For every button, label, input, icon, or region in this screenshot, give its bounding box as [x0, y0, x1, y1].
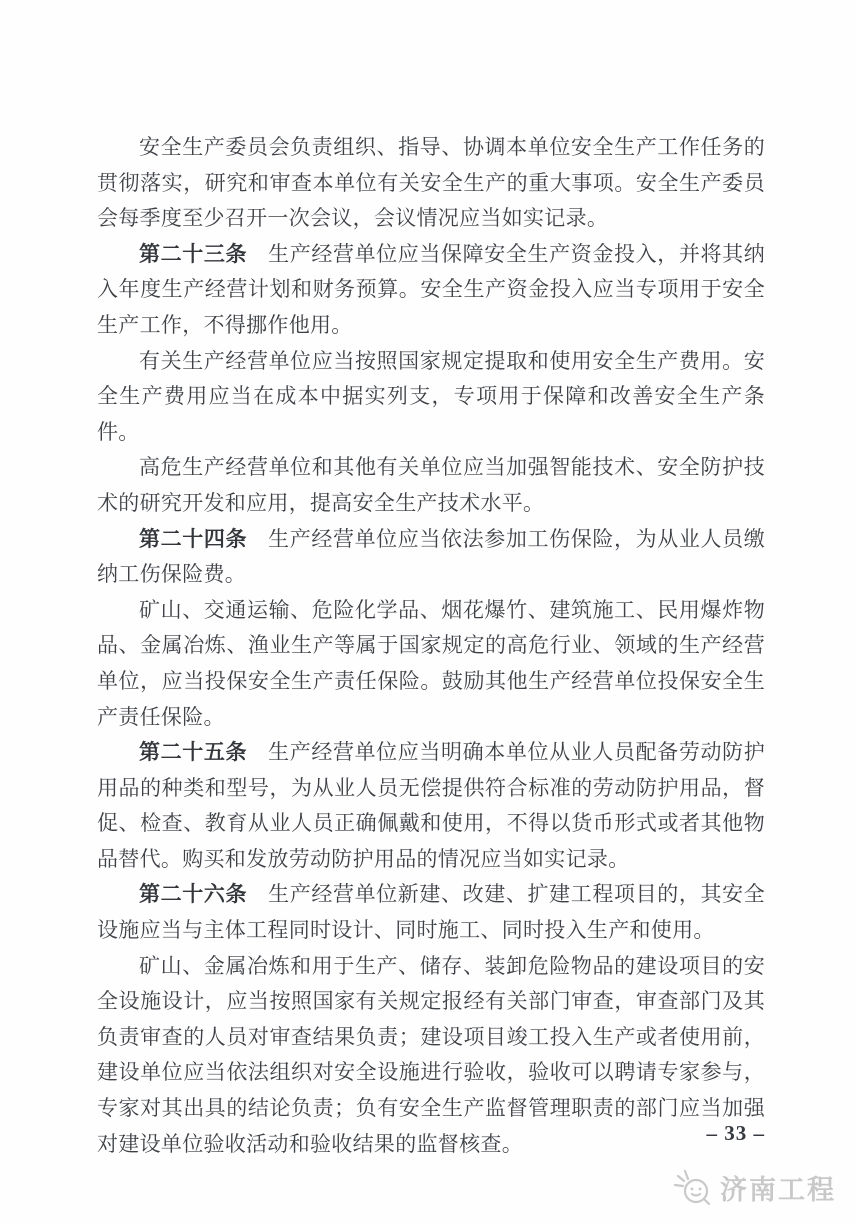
document-body: 安全生产委员会负责组织、指导、协调本单位安全生产工作任务的贯彻落实，研究和审查本…	[97, 130, 765, 1162]
watermark-label: 济南工程	[720, 1168, 836, 1207]
body-paragraph: 高危生产经营单位和其他有关单位应当加强智能技术、安全防护技术的研究开发和应用，提…	[97, 450, 765, 521]
megaphone-icon	[673, 1169, 715, 1207]
watermark: 济南工程	[673, 1168, 836, 1207]
article-number: 第二十四条	[139, 528, 247, 551]
article-paragraph: 第二十五条生产经营单位应当明确本单位从业人员配备劳动防护用品的种类和型号，为从业…	[97, 735, 765, 877]
article-paragraph: 第二十三条生产经营单位应当保障安全生产资金投入，并将其纳入年度生产经营计划和财务…	[97, 237, 765, 344]
body-paragraph: 有关生产经营单位应当按照国家规定提取和使用安全生产费用。安全生产费用应当在成本中…	[97, 344, 765, 451]
page-number: – 33 –	[707, 1121, 766, 1146]
document-page: 安全生产委员会负责组织、指导、协调本单位安全生产工作任务的贯彻落实，研究和审查本…	[0, 0, 856, 1225]
body-paragraph: 矿山、金属冶炼和用于生产、储存、装卸危险物品的建设项目的安全设施设计，应当按照国…	[97, 949, 765, 1163]
body-paragraph: 安全生产委员会负责组织、指导、协调本单位安全生产工作任务的贯彻落实，研究和审查本…	[97, 130, 765, 237]
article-paragraph: 第二十四条生产经营单位应当依法参加工伤保险，为从业人员缴纳工伤保险费。	[97, 522, 765, 593]
article-number: 第二十三条	[139, 243, 247, 266]
article-number: 第二十六条	[139, 883, 247, 906]
article-paragraph: 第二十六条生产经营单位新建、改建、扩建工程项目的，其安全设施应当与主体工程同时设…	[97, 877, 765, 948]
article-number: 第二十五条	[139, 741, 247, 764]
body-paragraph: 矿山、交通运输、危险化学品、烟花爆竹、建筑施工、民用爆炸物品、金属冶炼、渔业生产…	[97, 593, 765, 735]
paragraphs: 安全生产委员会负责组织、指导、协调本单位安全生产工作任务的贯彻落实，研究和审查本…	[97, 130, 765, 1162]
